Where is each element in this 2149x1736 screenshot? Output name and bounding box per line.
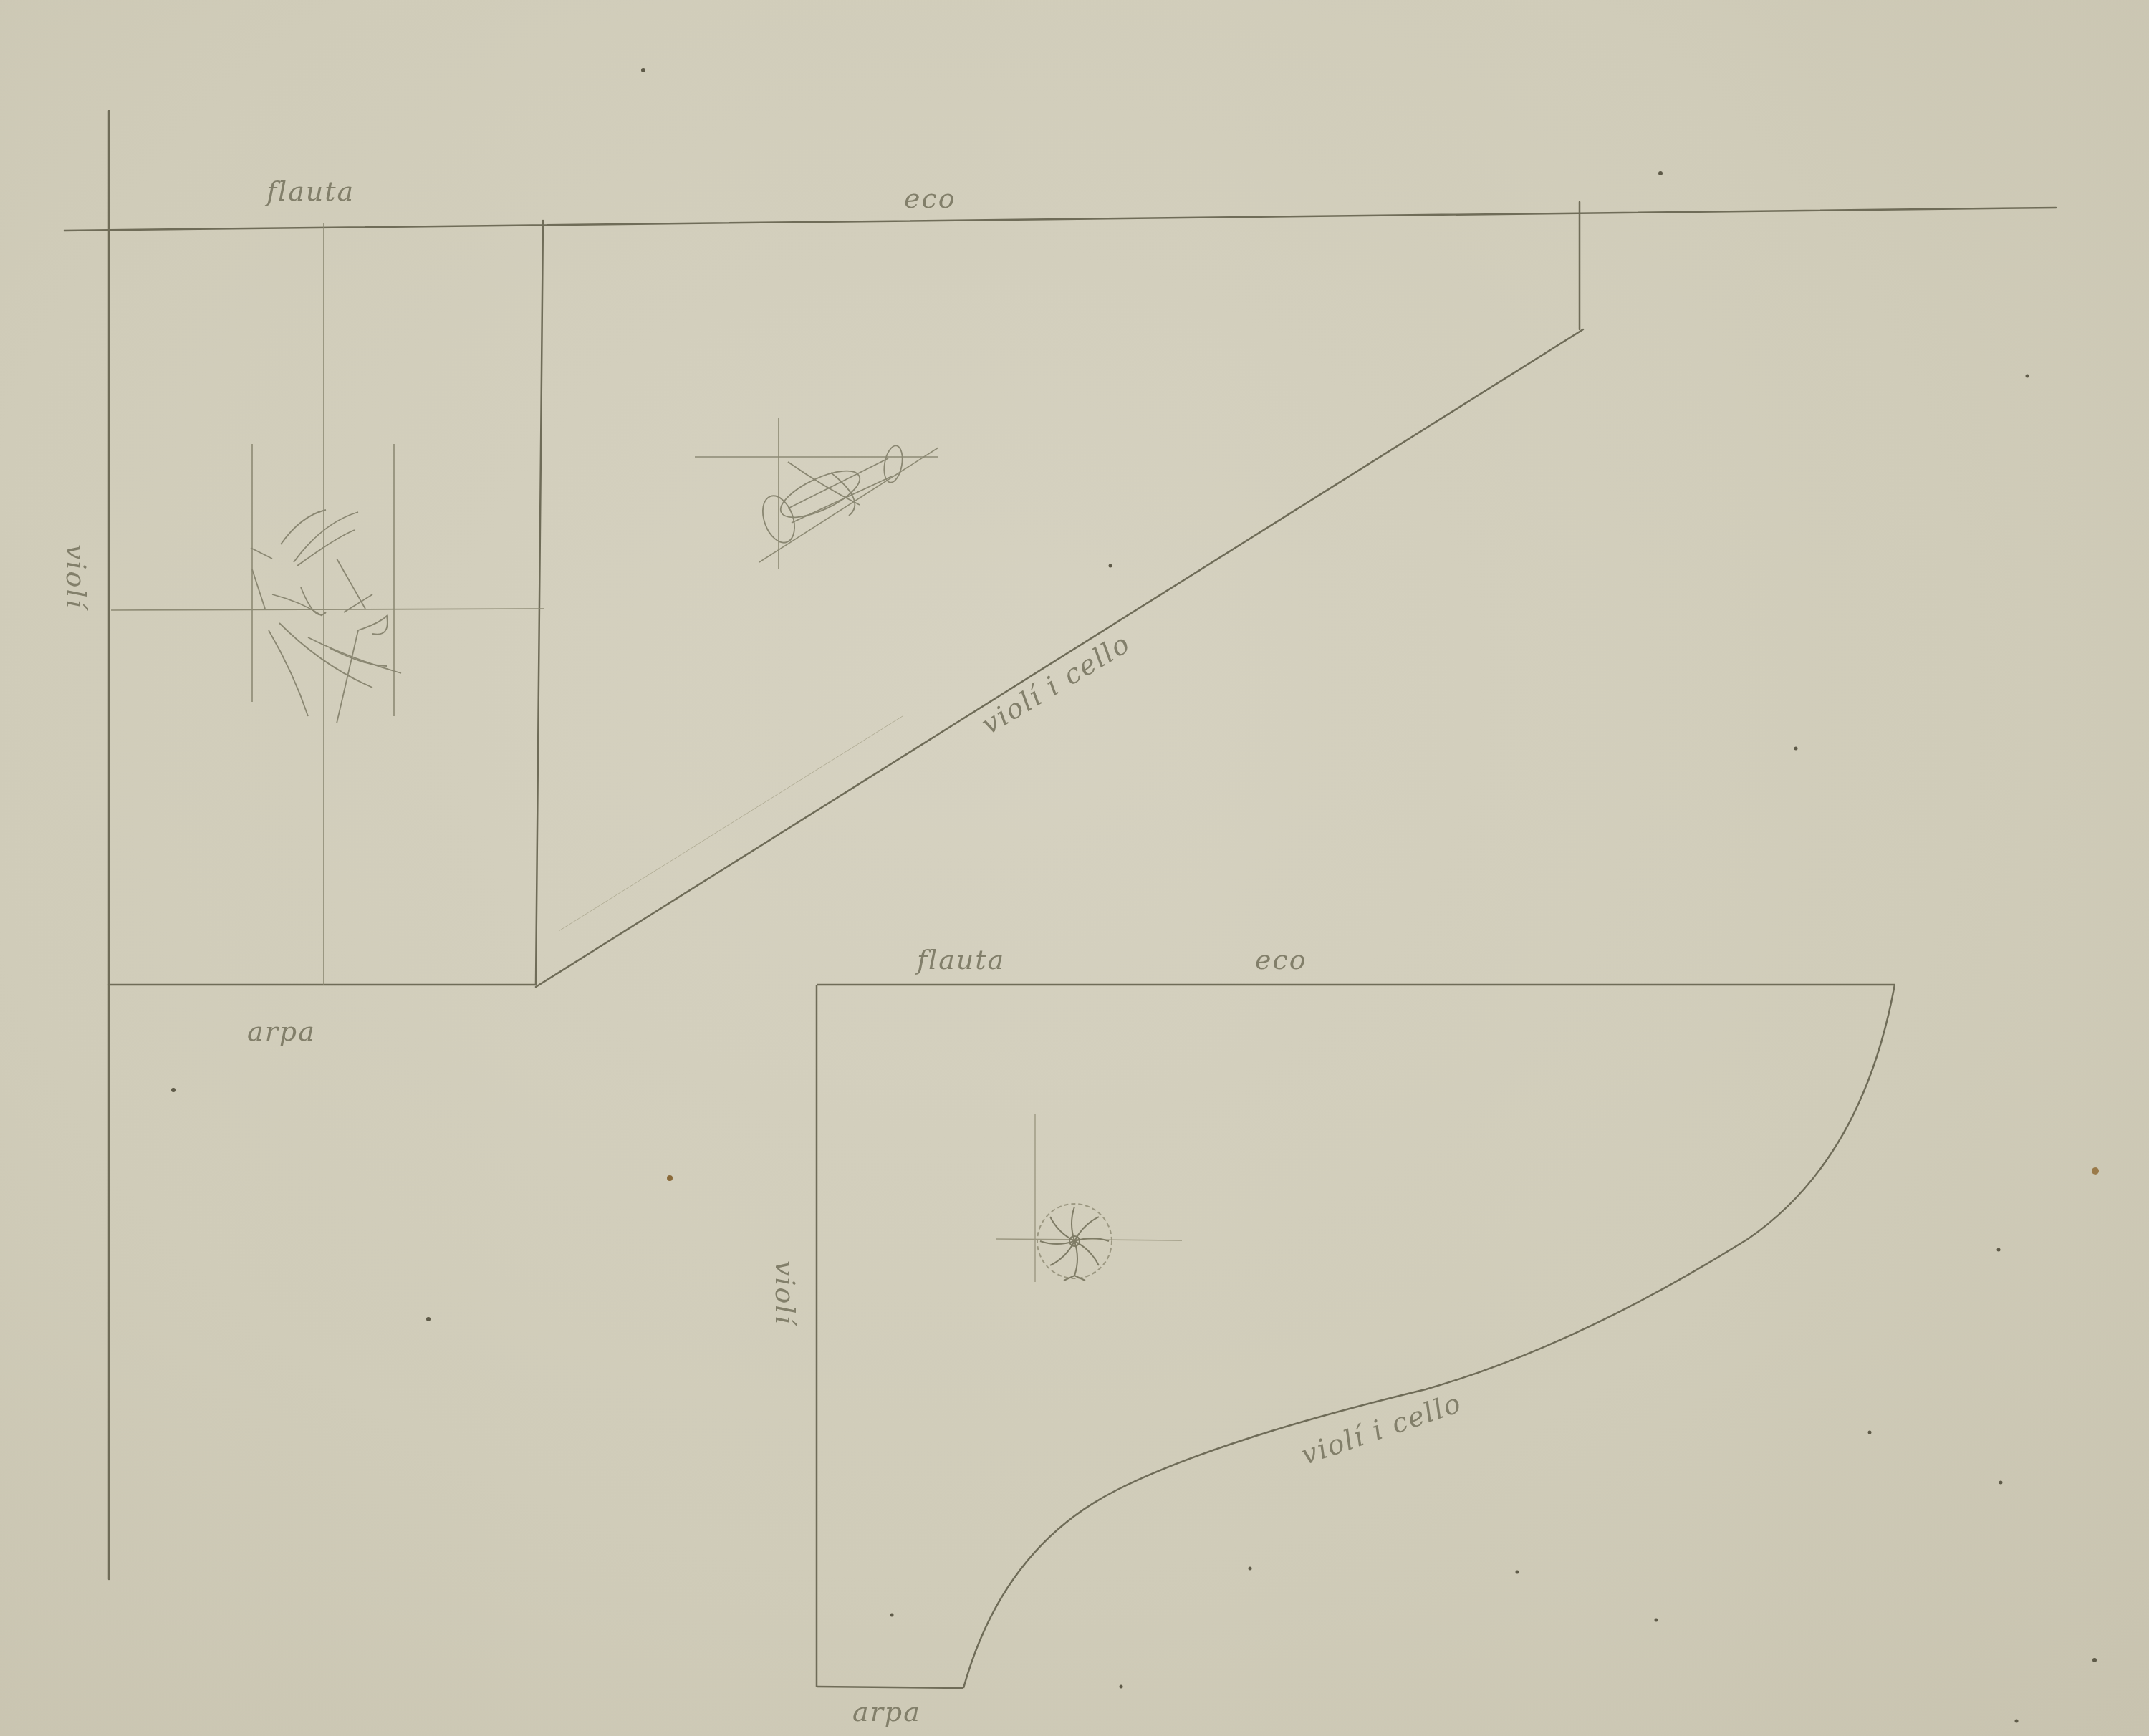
diagonal-edge [536, 329, 1583, 987]
left-rect-right [536, 221, 543, 985]
label-violi-bottom: violí [769, 1260, 801, 1326]
label-flauta-top: flauta [266, 175, 355, 207]
paper-sheet: flauta eco violí violí i cello arpa flau… [0, 0, 2149, 1736]
label-arpa-top: arpa [247, 1016, 316, 1047]
rosette-ornament [1037, 1204, 1112, 1281]
label-arpa-bottom: arpa [852, 1696, 921, 1727]
label-flauta-bottom: flauta [917, 944, 1005, 975]
pencil-drawing [0, 0, 2149, 1736]
label-violi-top: violí [60, 544, 92, 609]
harp-figure-sketch [251, 510, 401, 723]
bottom-bottom-edge [817, 1687, 963, 1688]
label-eco-bottom: eco [1255, 944, 1307, 975]
label-eco-top: eco [904, 183, 956, 214]
bottom-curve [963, 985, 1895, 1688]
top-baseline [64, 208, 2056, 231]
